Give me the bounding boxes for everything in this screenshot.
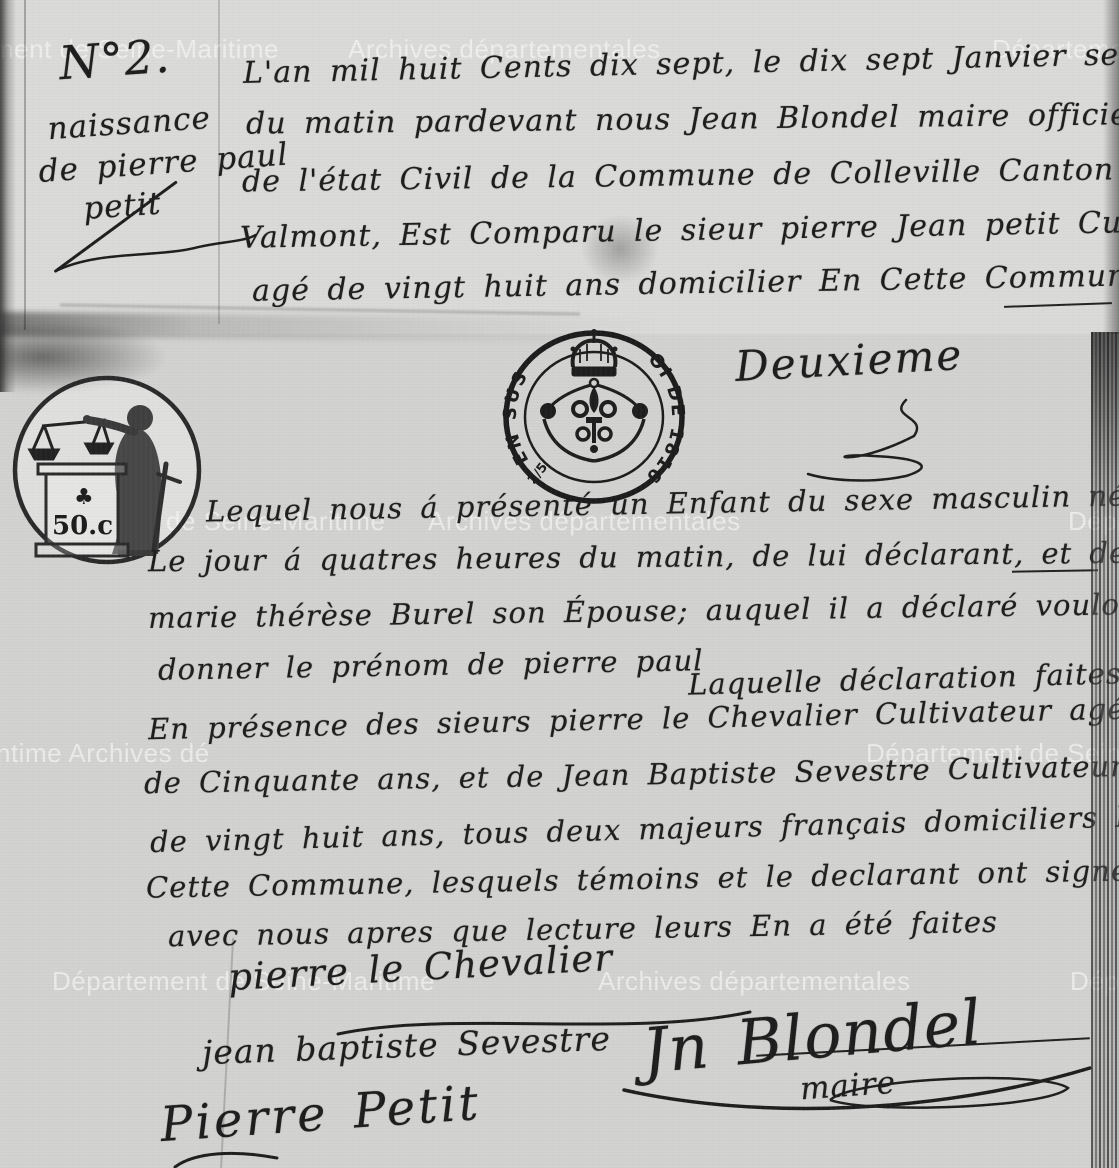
crown-surtax-stamp: EN SUS LOI DE 1816. 2/5 bbox=[496, 329, 692, 507]
svg-text:EN SUS: EN SUS bbox=[500, 366, 534, 469]
stamp-denomination: 50.c bbox=[52, 511, 113, 541]
mayor-title: maire bbox=[799, 1065, 897, 1108]
flourish-underline bbox=[34, 170, 272, 286]
body-line: de vingt huit ans, tous deux majeurs fra… bbox=[150, 799, 1119, 859]
body-line: donner le prénom de pierre paul bbox=[158, 643, 704, 687]
signature-father: Pierre Petit bbox=[158, 1075, 482, 1153]
justice-revenue-stamp: ♣ 50.c bbox=[8, 368, 206, 572]
page-fold-line bbox=[24, 0, 26, 330]
signature-witness2: jean baptiste Sevestre bbox=[201, 1019, 611, 1072]
pedestal-ornament: ♣ bbox=[74, 485, 94, 510]
mayor-paraph bbox=[788, 392, 978, 487]
watermark-text: Archives départementales bbox=[598, 966, 911, 997]
body-line: Cette Commune, lesquels témoins et le de… bbox=[146, 853, 1119, 904]
binding-edge-shadow bbox=[1091, 332, 1119, 522]
margin-note-line: naissance bbox=[46, 100, 211, 147]
page-right-edge bbox=[1103, 0, 1119, 334]
document-scan: ment de Seine-Maritime Archives départem… bbox=[0, 0, 1119, 1168]
body-line: de Cinquante ans, et de Jean Baptiste Se… bbox=[144, 748, 1119, 800]
pedestal bbox=[36, 464, 128, 556]
body-line: marie thérèse Burel son Épouse; auquel i… bbox=[148, 587, 1119, 635]
page-fold-line bbox=[218, 0, 220, 324]
act-number: N°2. bbox=[57, 29, 172, 91]
fleur-de-lis-icon bbox=[573, 387, 615, 453]
body-line: Le jour á quatres heures du matin, de lu… bbox=[148, 536, 1119, 579]
partial-signature-stroke bbox=[165, 1150, 285, 1168]
stamp-arc-left-text: EN SUS bbox=[500, 366, 534, 469]
ink-smudge bbox=[578, 212, 662, 286]
filler-stroke bbox=[1012, 569, 1098, 573]
page-order-word: Deuxieme bbox=[734, 330, 965, 391]
page-left-edge bbox=[0, 0, 16, 392]
